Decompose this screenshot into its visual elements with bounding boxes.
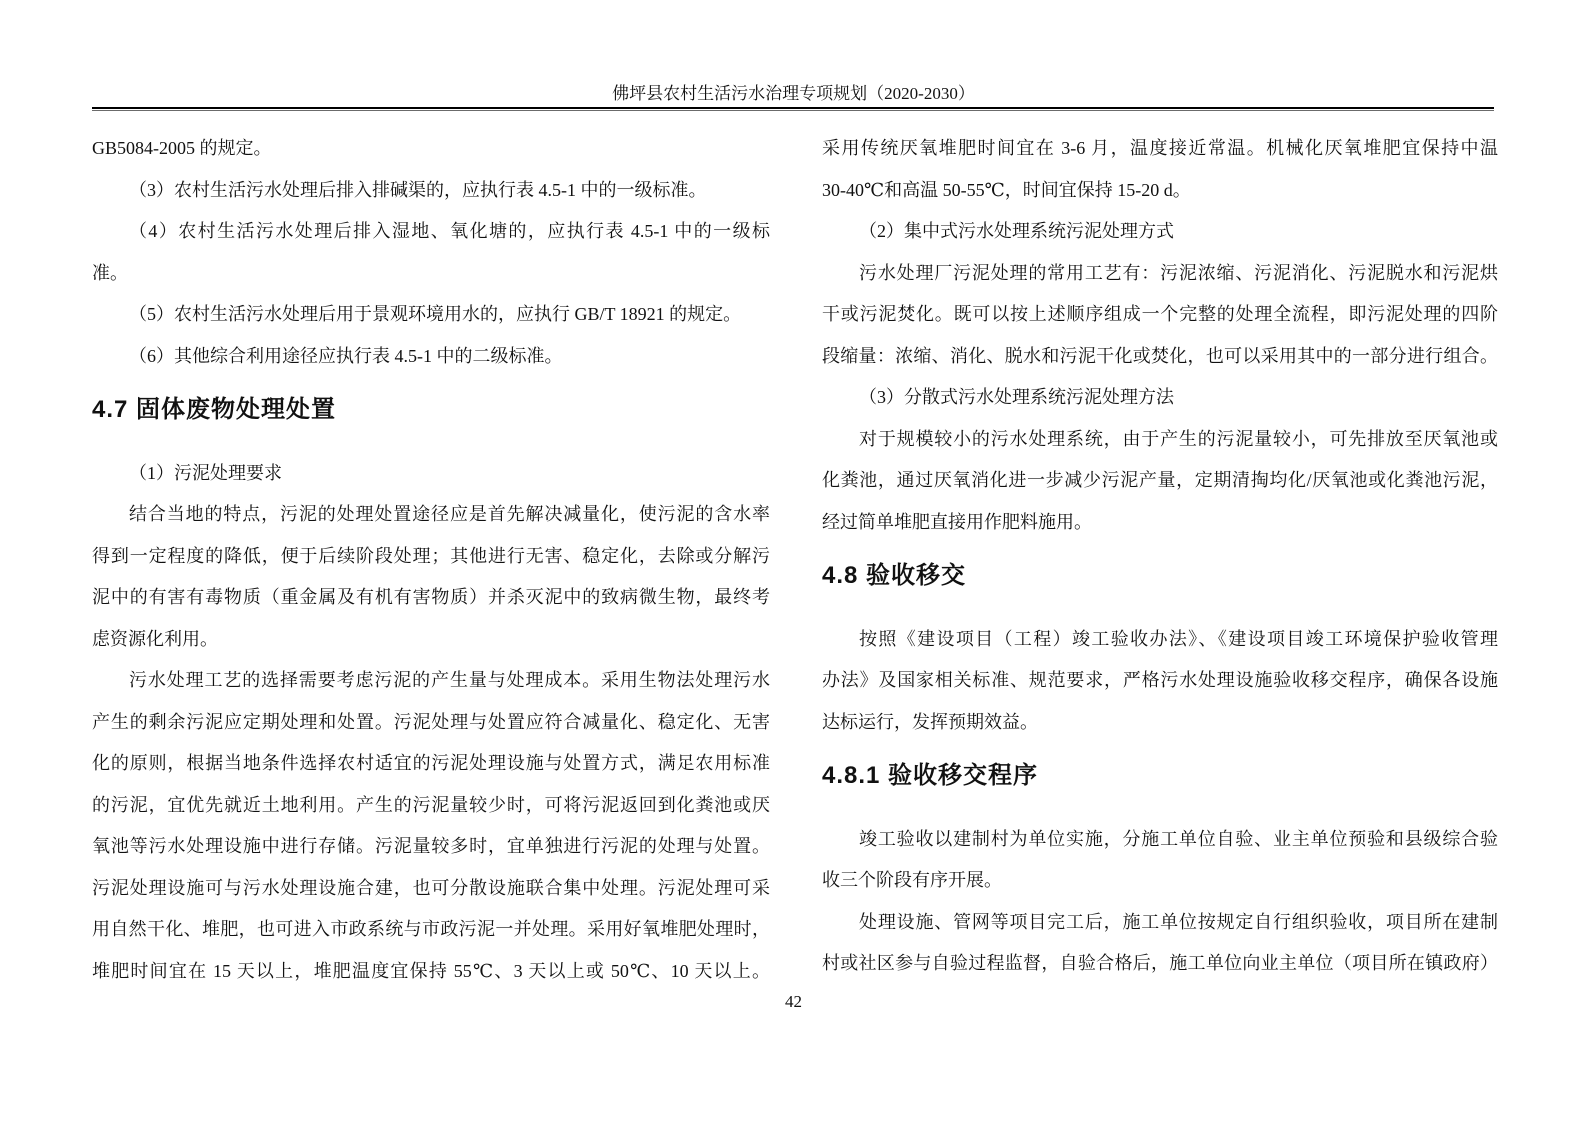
text-line: 段缩量：浓缩、消化、脱水和污泥干化或焚化，也可以采用其中的一部分进行组合。 — [822, 336, 1498, 378]
text-line: 干或污泥焚化。既可以按上述顺序组成一个完整的处理全流程，即污泥处理的四阶 — [822, 294, 1498, 336]
text-line: 村或社区参与自验过程监督，自验合格后，施工单位向业主单位（项目所在镇政府） — [822, 943, 1498, 985]
header-title: 佛坪县农村生活污水治理专项规划（2020-2030） — [0, 82, 1587, 106]
text-line: 30-40℃和高温 50-55℃，时间宜保持 15-20 d。 — [822, 170, 1498, 212]
text-line: 用自然干化、堆肥，也可进入市政系统与市政污泥一并处理。采用好氧堆肥处理时， — [92, 909, 770, 951]
text-line: （6）其他综合利用途径应执行表 4.5-1 中的二级标准。 — [92, 336, 770, 378]
left-column: GB5084-2005 的规定。（3）农村生活污水处理后排入排碱渠的，应执行表 … — [92, 128, 770, 992]
text-line: （5）农村生活污水处理后用于景观环境用水的，应执行 GB/T 18921 的规定… — [92, 294, 770, 336]
text-line: 竣工验收以建制村为单位实施，分施工单位自验、业主单位预验和县级综合验 — [822, 819, 1498, 861]
text-line: 办法》及国家相关标准、规范要求，严格污水处理设施验收移交程序，确保各设施 — [822, 660, 1498, 702]
text-line: 收三个阶段有序开展。 — [822, 860, 1498, 902]
text-line: 达标运行，发挥预期效益。 — [822, 702, 1498, 744]
document-page: 佛坪县农村生活污水治理专项规划（2020-2030） GB5084-2005 的… — [0, 0, 1587, 1122]
section-heading: 4.8.1 验收移交程序 — [822, 755, 1498, 797]
text-line: 准。 — [92, 253, 770, 295]
text-line: 虑资源化利用。 — [92, 619, 770, 661]
text-line: 泥中的有害有毒物质（重金属及有机有害物质）并杀灭泥中的致病微生物，最终考 — [92, 577, 770, 619]
text-line: 对于规模较小的污水处理系统，由于产生的污泥量较小，可先排放至厌氧池或 — [822, 419, 1498, 461]
text-line: GB5084-2005 的规定。 — [92, 128, 770, 170]
text-line: 氧池等污水处理设施中进行存储。污泥量较多时，宜单独进行污泥的处理与处置。 — [92, 826, 770, 868]
text-line: 结合当地的特点，污泥的处理处置途径应是首先解决减量化，使污泥的含水率 — [92, 494, 770, 536]
text-line: 处理设施、管网等项目完工后，施工单位按规定自行组织验收，项目所在建制 — [822, 902, 1498, 944]
text-line: 按照《建设项目（工程）竣工验收办法》、《建设项目竣工环境保护验收管理 — [822, 619, 1498, 661]
text-line: 化粪池，通过厌氧消化进一步减少污泥产量，定期清掏均化/厌氧池或化粪池污泥， — [822, 460, 1498, 502]
text-line: （3）农村生活污水处理后排入排碱渠的，应执行表 4.5-1 中的一级标准。 — [92, 170, 770, 212]
text-line: （2）集中式污水处理系统污泥处理方式 — [822, 211, 1498, 253]
text-line: 化的原则，根据当地条件选择农村适宜的污泥处理设施与处置方式，满足农用标准 — [92, 743, 770, 785]
page-number: 42 — [0, 990, 1587, 1014]
text-line: （4）农村生活污水处理后排入湿地、氧化塘的，应执行表 4.5-1 中的一级标 — [92, 211, 770, 253]
text-line: 污水处理工艺的选择需要考虑污泥的产生量与处理成本。采用生物法处理污水 — [92, 660, 770, 702]
text-line: （3）分散式污水处理系统污泥处理方法 — [822, 377, 1498, 419]
section-heading: 4.8 验收移交 — [822, 555, 1498, 597]
text-line: 采用传统厌氧堆肥时间宜在 3-6 月，温度接近常温。机械化厌氧堆肥宜保持中温 — [822, 128, 1498, 170]
text-line: 污水处理厂污泥处理的常用工艺有：污泥浓缩、污泥消化、污泥脱水和污泥烘 — [822, 253, 1498, 295]
text-line: 堆肥时间宜在 15 天以上，堆肥温度宜保持 55℃、3 天以上或 50℃、10 … — [92, 951, 770, 993]
text-line: 的污泥，宜优先就近土地利用。产生的污泥量较少时，可将污泥返回到化粪池或厌 — [92, 785, 770, 827]
section-heading: 4.7 固体废物处理处置 — [92, 389, 770, 431]
text-line: （1）污泥处理要求 — [92, 453, 770, 495]
text-line: 得到一定程度的降低，便于后续阶段处理；其他进行无害、稳定化，去除或分解污 — [92, 536, 770, 578]
text-line: 经过简单堆肥直接用作肥料施用。 — [822, 502, 1498, 544]
text-line: 污泥处理设施可与污水处理设施合建，也可分散设施联合集中处理。污泥处理可采 — [92, 868, 770, 910]
text-line: 产生的剩余污泥应定期处理和处置。污泥处理与处置应符合减量化、稳定化、无害 — [92, 702, 770, 744]
header-rule — [92, 107, 1494, 111]
right-column: 采用传统厌氧堆肥时间宜在 3-6 月，温度接近常温。机械化厌氧堆肥宜保持中温30… — [822, 128, 1498, 985]
